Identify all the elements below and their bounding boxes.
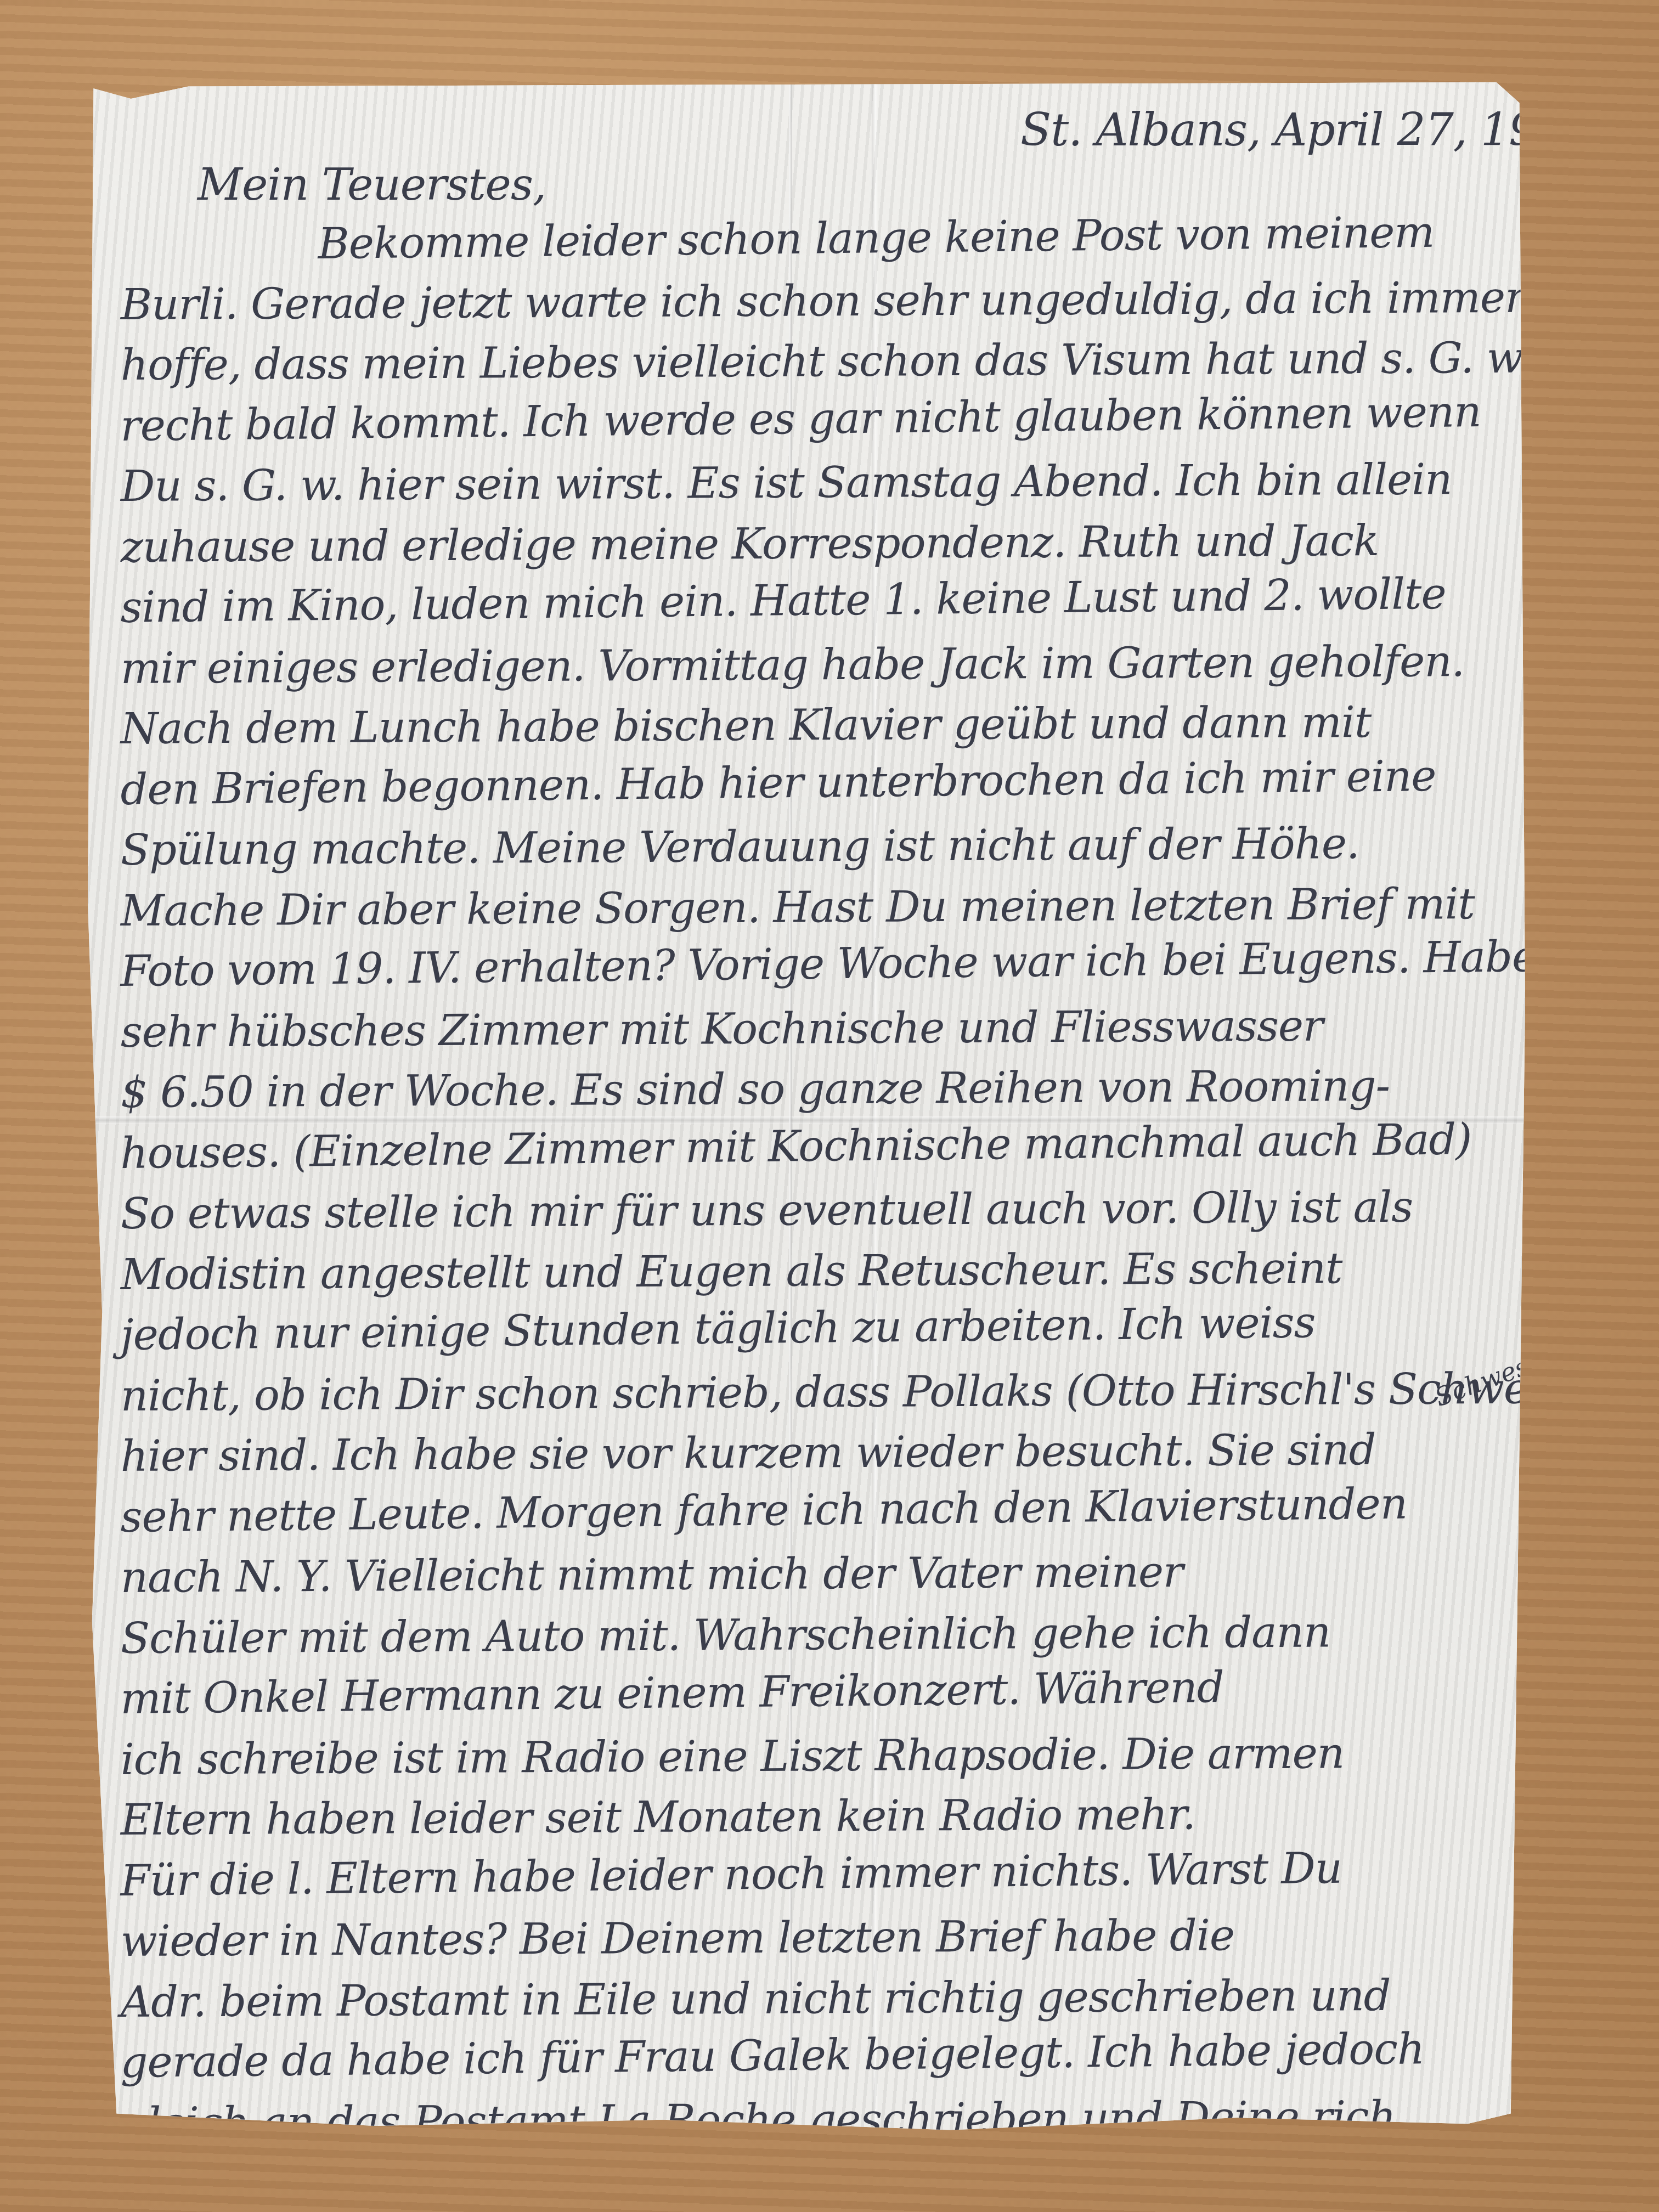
letter-line: jedoch nur einige Stunden täglich zu arb… <box>120 1296 1481 1360</box>
letter-line: wieder in Nantes? Bei Deinem letzten Bri… <box>121 1910 1481 1966</box>
letter-line: gerade da habe ich für Frau Galek beigel… <box>120 2024 1481 2087</box>
letter-line: nach N. Y. Vielleicht nimmt mich der Vat… <box>121 1546 1481 1602</box>
letter-line: Mache Dir aber keine Sorgen. Hast Du mei… <box>121 879 1481 936</box>
letter-line: gleich an das Postamt La Roche geschrieb… <box>121 2092 1481 2148</box>
date-line: St. Albans, April 27, 1940. <box>1020 104 1607 156</box>
letter-line: Bekomme leider schon lange keine Post vo… <box>318 205 1659 269</box>
letter-line: den Briefen begonnen. Hab hier unterbroc… <box>120 751 1481 815</box>
letter-line: Schüler mit dem Auto mit. Wahrscheinlich… <box>121 1607 1481 1663</box>
letter-line: ich schreibe ist im Radio eine Liszt Rha… <box>121 1728 1481 1785</box>
letter-line: nicht, ob ich Dir schon schrieb, dass Po… <box>121 1364 1481 1421</box>
letter-line: hier sind. Ich habe sie vor kurzem wiede… <box>121 1425 1481 1481</box>
letter-line: Modistin angestellt und Eugen als Retusc… <box>121 1243 1481 1300</box>
letter-line: sind im Kino, luden mich ein. Hatte 1. k… <box>120 569 1481 633</box>
letter-line: Burli. Gerade jetzt warte ich schon sehr… <box>121 273 1481 330</box>
salutation: Mein Teuerstes, <box>198 159 546 210</box>
letter-line: Spülung machte. Meine Verdauung ist nich… <box>121 819 1481 875</box>
letter-line: hoffe, dass mein Liebes vielleicht schon… <box>121 334 1481 390</box>
letter-line: zuhause und erledige meine Korrespondenz… <box>121 516 1481 572</box>
letter-line: Für die l. Eltern habe leider noch immer… <box>120 1842 1481 1906</box>
letter-line: $ 6.50 in der Woche. Es sind so ganze Re… <box>121 1061 1481 1118</box>
letter-line: sehr nette Leute. Morgen fahre ich nach … <box>120 1479 1481 1542</box>
letter-line: Nach dem Lunch habe bischen Klavier geüb… <box>121 697 1481 754</box>
letter-line: So etwas stelle ich mir für uns eventuel… <box>121 1182 1481 1239</box>
letter-line: Adr. beim Postamt in Eile und nicht rich… <box>121 1971 1481 2027</box>
letter-line: Foto vom 19. IV. erhalten? Vorige Woche … <box>120 933 1481 996</box>
letter-line: mit Onkel Hermann zu einem Freikonzert. … <box>120 1660 1481 1724</box>
letter-sheet: St. Albans, April 27, 1940. Mein Teuerst… <box>88 82 1525 2134</box>
letter-line: Eltern haben leider seit Monaten kein Ra… <box>121 1788 1481 1845</box>
letter-line: mir einiges erledigen. Vormittag habe Ja… <box>121 637 1481 693</box>
letter-line: sehr hübsches Zimmer mit Kochnische und … <box>121 1001 1481 1057</box>
letter-line: recht bald kommt. Ich werde es gar nicht… <box>120 387 1481 451</box>
letter-line: Du s. G. w. hier sein wirst. Es ist Sams… <box>121 455 1481 511</box>
